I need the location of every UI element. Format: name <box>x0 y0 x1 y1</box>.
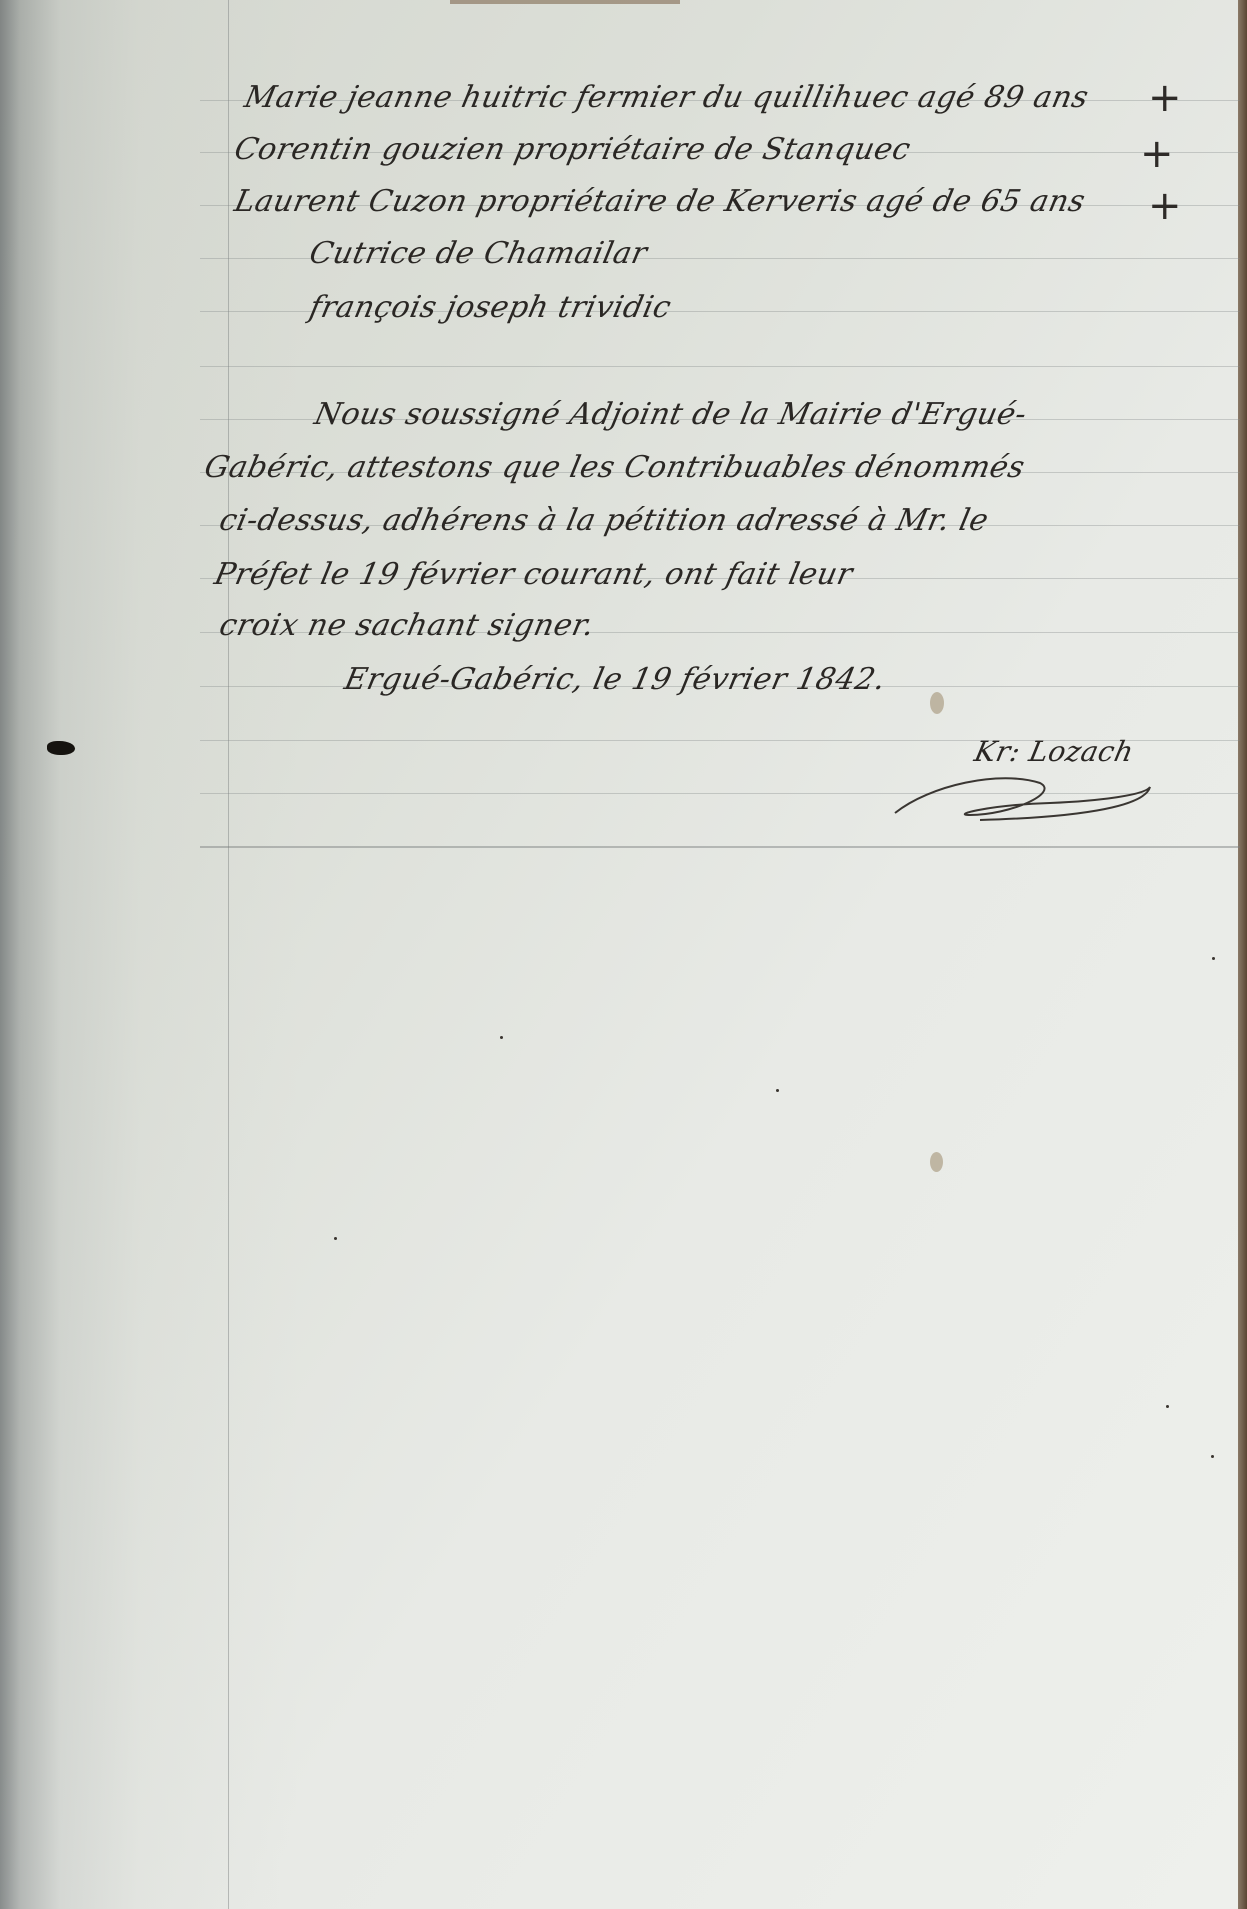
signatory-line-4: Cutrice de Chamailar <box>306 236 650 271</box>
cross-mark-2: + <box>1140 134 1174 174</box>
signatory-line-1: Marie jeanne huitric fermier du quillihu… <box>241 80 1091 115</box>
attestation-line-3: ci-dessus, adhérens à la pétition adress… <box>216 503 992 538</box>
cross-mark-1: + <box>1148 78 1182 118</box>
ink-speck <box>1166 1405 1169 1408</box>
binding-edge <box>1238 0 1247 1909</box>
ink-speck <box>500 1036 503 1039</box>
ink-speck <box>776 1089 779 1092</box>
ink-speck <box>334 1237 337 1240</box>
signatory-line-2: Corentin gouzien propriétaire de Stanque… <box>231 132 914 167</box>
attestation-line-4: Préfet le 19 février courant, ont fait l… <box>211 557 856 592</box>
signature-flourish-icon <box>890 765 1160 825</box>
signatory-line-3: Laurent Cuzon propriétaire de Kerveris a… <box>231 184 1088 219</box>
brown-stain <box>930 692 944 714</box>
place-date: Ergué-Gabéric, le 19 février 1842. <box>341 662 889 697</box>
top-edge-stain <box>450 0 680 4</box>
margin-line <box>228 0 229 1909</box>
cross-mark-3: + <box>1148 186 1182 226</box>
attestation-line-5: croix ne sachant signer. <box>216 608 597 643</box>
signatory-line-5: françois joseph trividic <box>306 290 674 325</box>
ink-blot <box>47 741 75 755</box>
ruled-line-end <box>200 846 1240 848</box>
attestation-line-1: Nous soussigné Adjoint de la Mairie d'Er… <box>311 397 1030 432</box>
ruled-line <box>200 366 1240 367</box>
ink-speck <box>1211 1455 1214 1458</box>
signature: Kr: Lozach <box>971 735 1136 768</box>
paper-page <box>0 0 1238 1909</box>
ink-speck <box>1212 957 1215 960</box>
brown-stain <box>930 1152 943 1172</box>
attestation-line-2: Gabéric, attestons que les Contribuables… <box>201 450 1028 485</box>
